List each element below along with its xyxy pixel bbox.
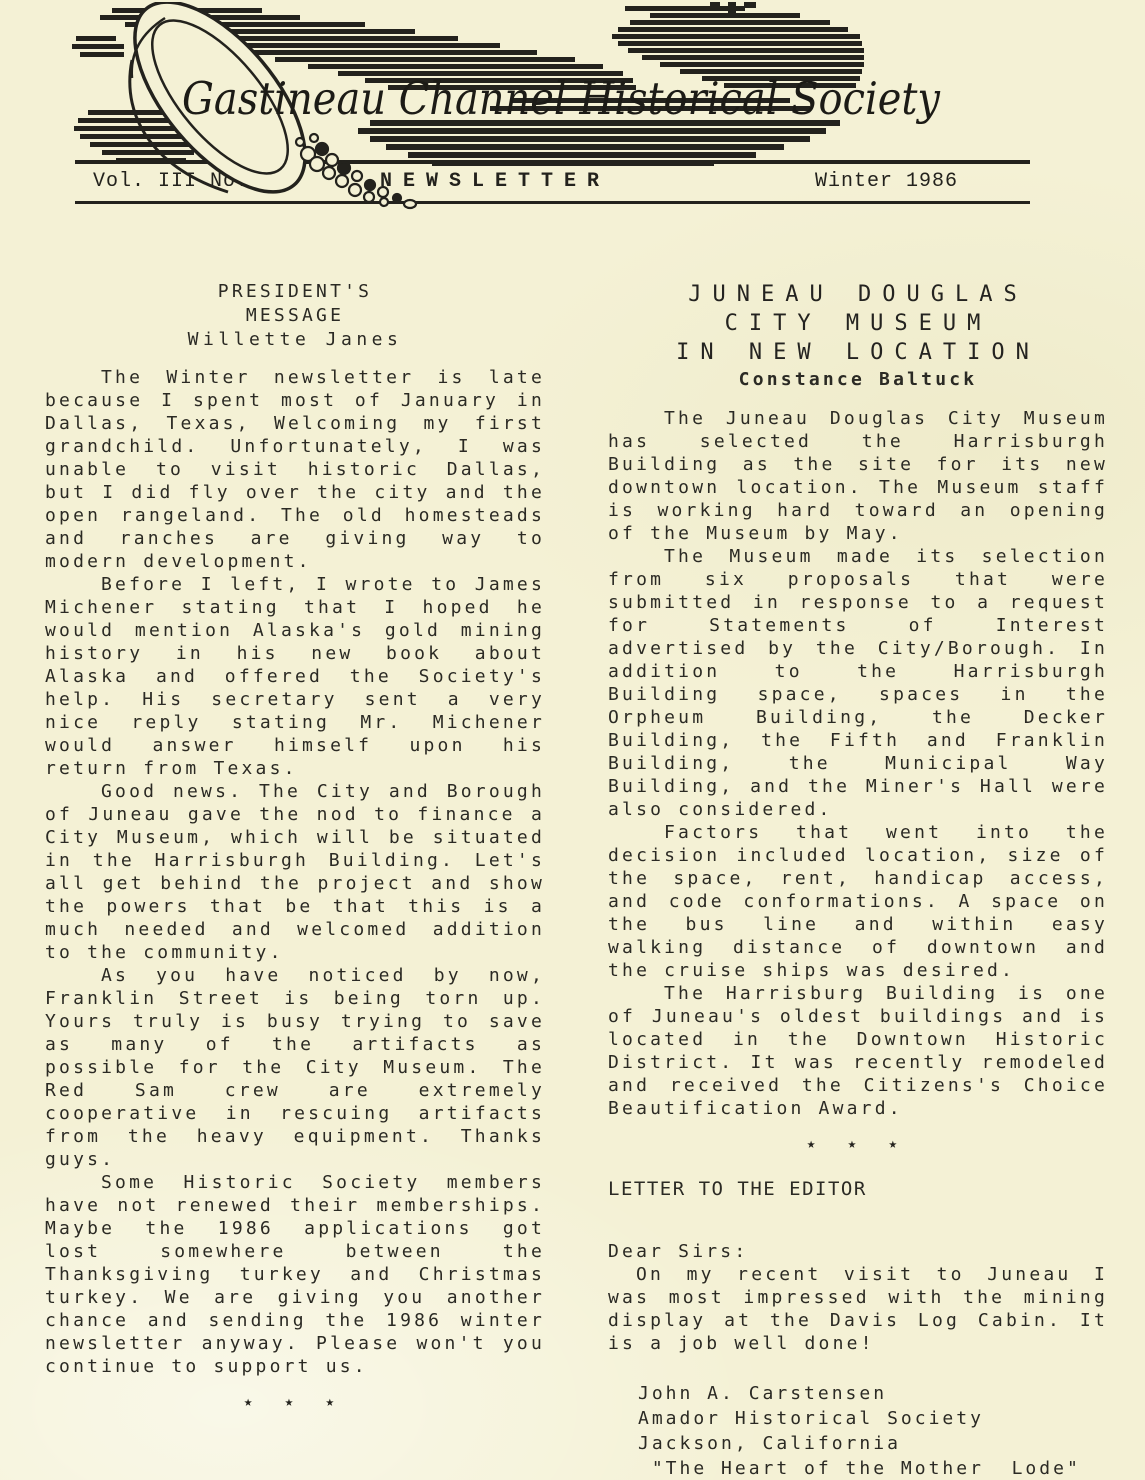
heading-line: JUNEAU DOUGLAS <box>608 280 1108 309</box>
masthead-row: Vol. III No. 1 NEWSLETTER Winter 1986 <box>75 168 1030 198</box>
heading-line: IN NEW LOCATION <box>608 338 1108 367</box>
masthead-rule-bottom <box>75 201 1030 204</box>
left-column: PRESIDENT'S MESSAGE Willette Janes The W… <box>45 280 545 1420</box>
paragraph: The Harrisburg Building is one of Juneau… <box>608 982 1108 1120</box>
presidents-message-heading: PRESIDENT'S MESSAGE Willette Janes <box>45 280 545 352</box>
issue-date: Winter 1986 <box>815 170 958 193</box>
letter-signature: John A. Carstensen Amador Historical Soc… <box>638 1381 1108 1480</box>
paragraph: Factors that went into the decision incl… <box>608 821 1108 982</box>
right-column: JUNEAU DOUGLAS CITY MUSEUM IN NEW LOCATI… <box>608 280 1108 1480</box>
letter-to-editor-heading: LETTER TO THE EDITOR <box>608 1178 1108 1200</box>
masthead-rule-top <box>75 160 1030 164</box>
society-name-script: Gastineau Channel Historical Society <box>182 72 941 125</box>
author-byline: Willette Janes <box>45 328 545 352</box>
paragraph: The Museum made its selection from six p… <box>608 545 1108 821</box>
museum-article-heading: JUNEAU DOUGLAS CITY MUSEUM IN NEW LOCATI… <box>608 280 1108 367</box>
newsletter-page: Vol. III No. 1 NEWSLETTER Winter 1986 <box>0 0 1145 1480</box>
mountain-hatching-left <box>72 8 636 163</box>
paragraph: Before I left, I wrote to James Michener… <box>45 573 545 780</box>
paragraph: Good news. The City and Borough of Junea… <box>45 780 545 964</box>
paragraph: The Juneau Douglas City Museum has selec… <box>608 407 1108 545</box>
heading-line: PRESIDENT'S <box>45 280 545 304</box>
paragraph: The Winter newsletter is late because I … <box>45 366 545 573</box>
mountain-hatching-right <box>490 2 864 111</box>
museum-article-body: The Juneau Douglas City Museum has selec… <box>608 407 1108 1120</box>
volume-number: Vol. III No. 1 <box>93 170 275 193</box>
letter-salutation: Dear Sirs: <box>608 1240 1108 1263</box>
author-byline: Constance Baltuck <box>608 367 1108 393</box>
heading-line: CITY MUSEUM <box>608 309 1108 338</box>
section-separator: ★ ★ ★ <box>608 1136 1108 1152</box>
newsletter-label: NEWSLETTER <box>380 170 610 193</box>
letter-body: On my recent visit to Juneau I was most … <box>608 1263 1108 1355</box>
paragraph: As you have noticed by now, Franklin Str… <box>45 964 545 1171</box>
section-separator: ★ ★ ★ <box>45 1394 545 1410</box>
heading-line: MESSAGE <box>45 304 545 328</box>
paragraph: Some Historic Society members have not r… <box>45 1171 545 1378</box>
presidents-message-body: The Winter newsletter is late because I … <box>45 366 545 1378</box>
